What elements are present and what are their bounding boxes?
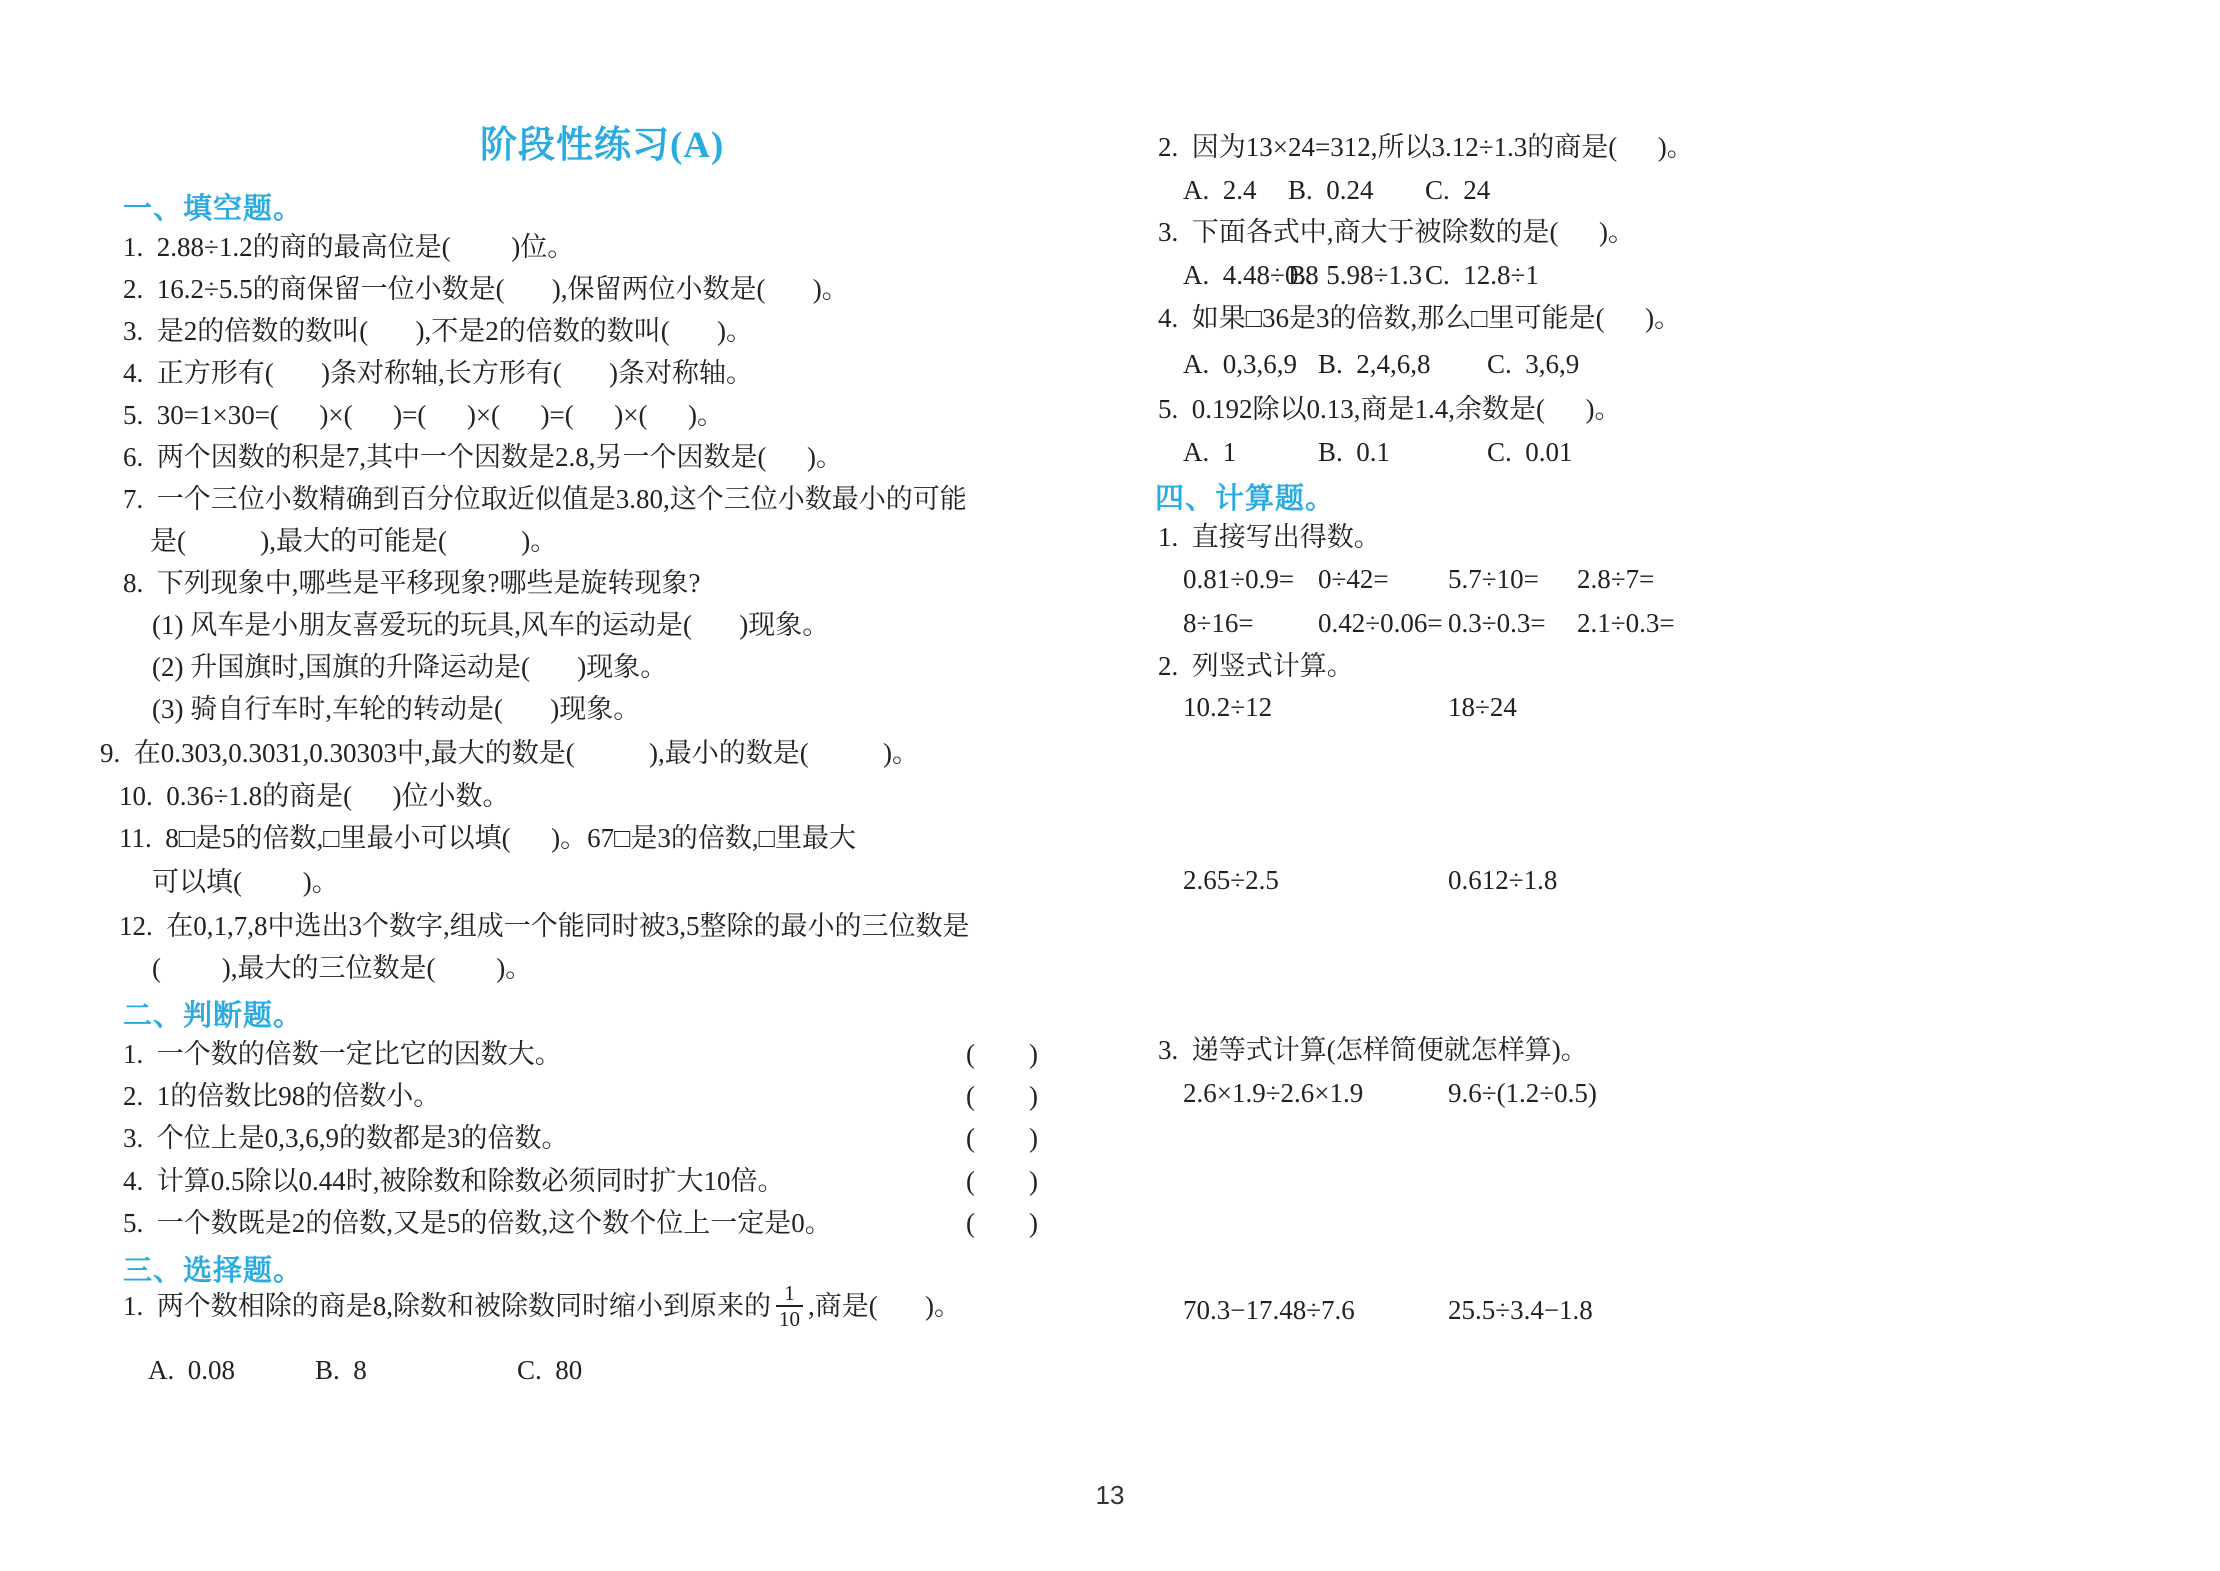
judge-question-5: 5. 一个数既是2的倍数,又是5的倍数,这个数个位上一定是0。 [123, 1205, 832, 1241]
fill-question-8-sub3: (3) 骑自行车时,车轮的转动是( )现象。 [152, 691, 640, 727]
calc-row1-item4: 2.8÷7= [1577, 561, 1654, 597]
section-heading-fill: 一、填空题。 [123, 186, 303, 227]
choice-q2-option-a: A. 2.4 [1183, 172, 1257, 208]
section-heading-calc: 四、计算题。 [1155, 476, 1335, 517]
calc-q2-expr4: 0.612÷1.8 [1448, 862, 1557, 898]
fraction-denominator: 10 [776, 1305, 803, 1331]
calc-q3-expr4: 25.5÷3.4−1.8 [1448, 1292, 1593, 1328]
calc-question-3: 3. 递等式计算(怎样简便就怎样算)。 [1158, 1032, 1588, 1068]
choice-question-5: 5. 0.192除以0.13,商是1.4,余数是( )。 [1158, 391, 1621, 427]
choice-question-4: 4. 如果□36是3的倍数,那么□里可能是( )。 [1158, 300, 1681, 336]
fraction-numerator: 1 [784, 1281, 795, 1305]
calc-row2-item4: 2.1÷0.3= [1577, 605, 1675, 641]
fill-question-8: 8. 下列现象中,哪些是平移现象?哪些是旋转现象? [123, 565, 700, 601]
fraction-one-tenth: 1 10 [776, 1281, 803, 1331]
calc-question-1: 1. 直接写出得数。 [1158, 519, 1381, 555]
choice-question-3: 3. 下面各式中,商大于被除数的是( )。 [1158, 214, 1635, 250]
fill-question-11-line2: 可以填( )。 [152, 864, 339, 900]
page-title: 阶段性练习(A) [480, 114, 724, 168]
choice-q4-option-c: C. 3,6,9 [1487, 346, 1579, 382]
judge-question-1-answer-paren: ( ) [966, 1036, 1038, 1072]
fill-question-4: 4. 正方形有( )条对称轴,长方形有( )条对称轴。 [123, 355, 753, 391]
calc-q3-expr2: 9.6÷(1.2÷0.5) [1448, 1075, 1597, 1111]
fill-question-12-line2: ( ),最大的三位数是( )。 [152, 950, 532, 986]
judge-question-2: 2. 1的倍数比98的倍数小。 [123, 1078, 440, 1114]
choice-q4-option-b: B. 2,4,6,8 [1318, 346, 1431, 382]
judge-question-1: 1. 一个数的倍数一定比它的因数大。 [123, 1036, 562, 1072]
calc-q2-expr1: 10.2÷12 [1183, 689, 1272, 725]
calc-row1-item3: 5.7÷10= [1448, 561, 1539, 597]
calc-question-2: 2. 列竖式计算。 [1158, 648, 1354, 684]
choice-question-1: 1. 两个数相除的商是8,除数和被除数同时缩小到原来的 1 10 ,商是( )。 [123, 1274, 961, 1338]
choice-question-2: 2. 因为13×24=312,所以3.12÷1.3的商是( )。 [1158, 129, 1694, 165]
fill-question-10: 10. 0.36÷1.8的商是( )位小数。 [119, 778, 510, 814]
judge-question-5-answer-paren: ( ) [966, 1205, 1038, 1241]
choice-q1-option-c: C. 80 [517, 1352, 582, 1388]
section-heading-judge: 二、判断题。 [123, 993, 303, 1034]
calc-q3-expr1: 2.6×1.9÷2.6×1.9 [1183, 1075, 1363, 1111]
page-number: 13 [1080, 1480, 1140, 1511]
choice-question-1-pre: 1. 两个数相除的商是8,除数和被除数同时缩小到原来的 [123, 1288, 771, 1324]
calc-q2-expr3: 2.65÷2.5 [1183, 862, 1279, 898]
calc-row1-item2: 0÷42= [1318, 561, 1389, 597]
choice-q5-option-c: C. 0.01 [1487, 434, 1573, 470]
fill-question-11-line1: 11. 8□是5的倍数,□里最小可以填( )。67□是3的倍数,□里最大 [119, 820, 856, 856]
calc-row2-item2: 0.42÷0.06= [1318, 605, 1443, 641]
choice-q1-option-b: B. 8 [315, 1352, 367, 1388]
calc-row1-item1: 0.81÷0.9= [1183, 561, 1294, 597]
choice-q2-option-c: C. 24 [1425, 172, 1490, 208]
fill-question-3: 3. 是2的倍数的数叫( ),不是2的倍数的数叫( )。 [123, 313, 753, 349]
choice-q3-option-b: B. 5.98÷1.3 [1288, 257, 1422, 293]
fill-question-7-line2: 是( ),最大的可能是( )。 [150, 523, 557, 559]
judge-question-3-answer-paren: ( ) [966, 1120, 1038, 1156]
fill-question-8-sub1: (1) 风车是小朋友喜爱玩的玩具,风车的运动是( )现象。 [152, 607, 829, 643]
choice-q4-option-a: A. 0,3,6,9 [1183, 346, 1297, 382]
choice-q3-option-c: C. 12.8÷1 [1425, 257, 1539, 293]
choice-question-1-post: ,商是( )。 [808, 1288, 961, 1324]
fill-question-1: 1. 2.88÷1.2的商的最高位是( )位。 [123, 229, 574, 265]
fill-question-2: 2. 16.2÷5.5的商保留一位小数是( ),保留两位小数是( )。 [123, 271, 849, 307]
fill-question-5: 5. 30=1×30=( )×( )=( )×( )=( )×( )。 [123, 397, 724, 433]
fill-question-6: 6. 两个因数的积是7,其中一个因数是2.8,另一个因数是( )。 [123, 439, 843, 475]
fill-question-12-line1: 12. 在0,1,7,8中选出3个数字,组成一个能同时被3,5整除的最小的三位数… [119, 908, 970, 944]
judge-question-4-answer-paren: ( ) [966, 1163, 1038, 1199]
judge-question-2-answer-paren: ( ) [966, 1078, 1038, 1114]
fill-question-9: 9. 在0.303,0.3031,0.30303中,最大的数是( ),最小的数是… [100, 735, 919, 771]
judge-question-4: 4. 计算0.5除以0.44时,被除数和除数必须同时扩大10倍。 [123, 1163, 785, 1199]
choice-q5-option-b: B. 0.1 [1318, 434, 1390, 470]
choice-q2-option-b: B. 0.24 [1288, 172, 1374, 208]
fill-question-8-sub2: (2) 升国旗时,国旗的升降运动是( )现象。 [152, 649, 667, 685]
fill-question-7-line1: 7. 一个三位小数精确到百分位取近似值是3.80,这个三位小数最小的可能 [123, 481, 967, 517]
calc-row2-item1: 8÷16= [1183, 605, 1254, 641]
choice-q5-option-a: A. 1 [1183, 434, 1236, 470]
judge-question-3: 3. 个位上是0,3,6,9的数都是3的倍数。 [123, 1120, 569, 1156]
choice-q1-option-a: A. 0.08 [148, 1352, 235, 1388]
calc-row2-item3: 0.3÷0.3= [1448, 605, 1546, 641]
worksheet-page: 阶段性练习(A) 一、填空题。 1. 2.88÷1.2的商的最高位是( )位。 … [0, 0, 2220, 1571]
calc-q2-expr2: 18÷24 [1448, 689, 1517, 725]
calc-q3-expr3: 70.3−17.48÷7.6 [1183, 1292, 1355, 1328]
